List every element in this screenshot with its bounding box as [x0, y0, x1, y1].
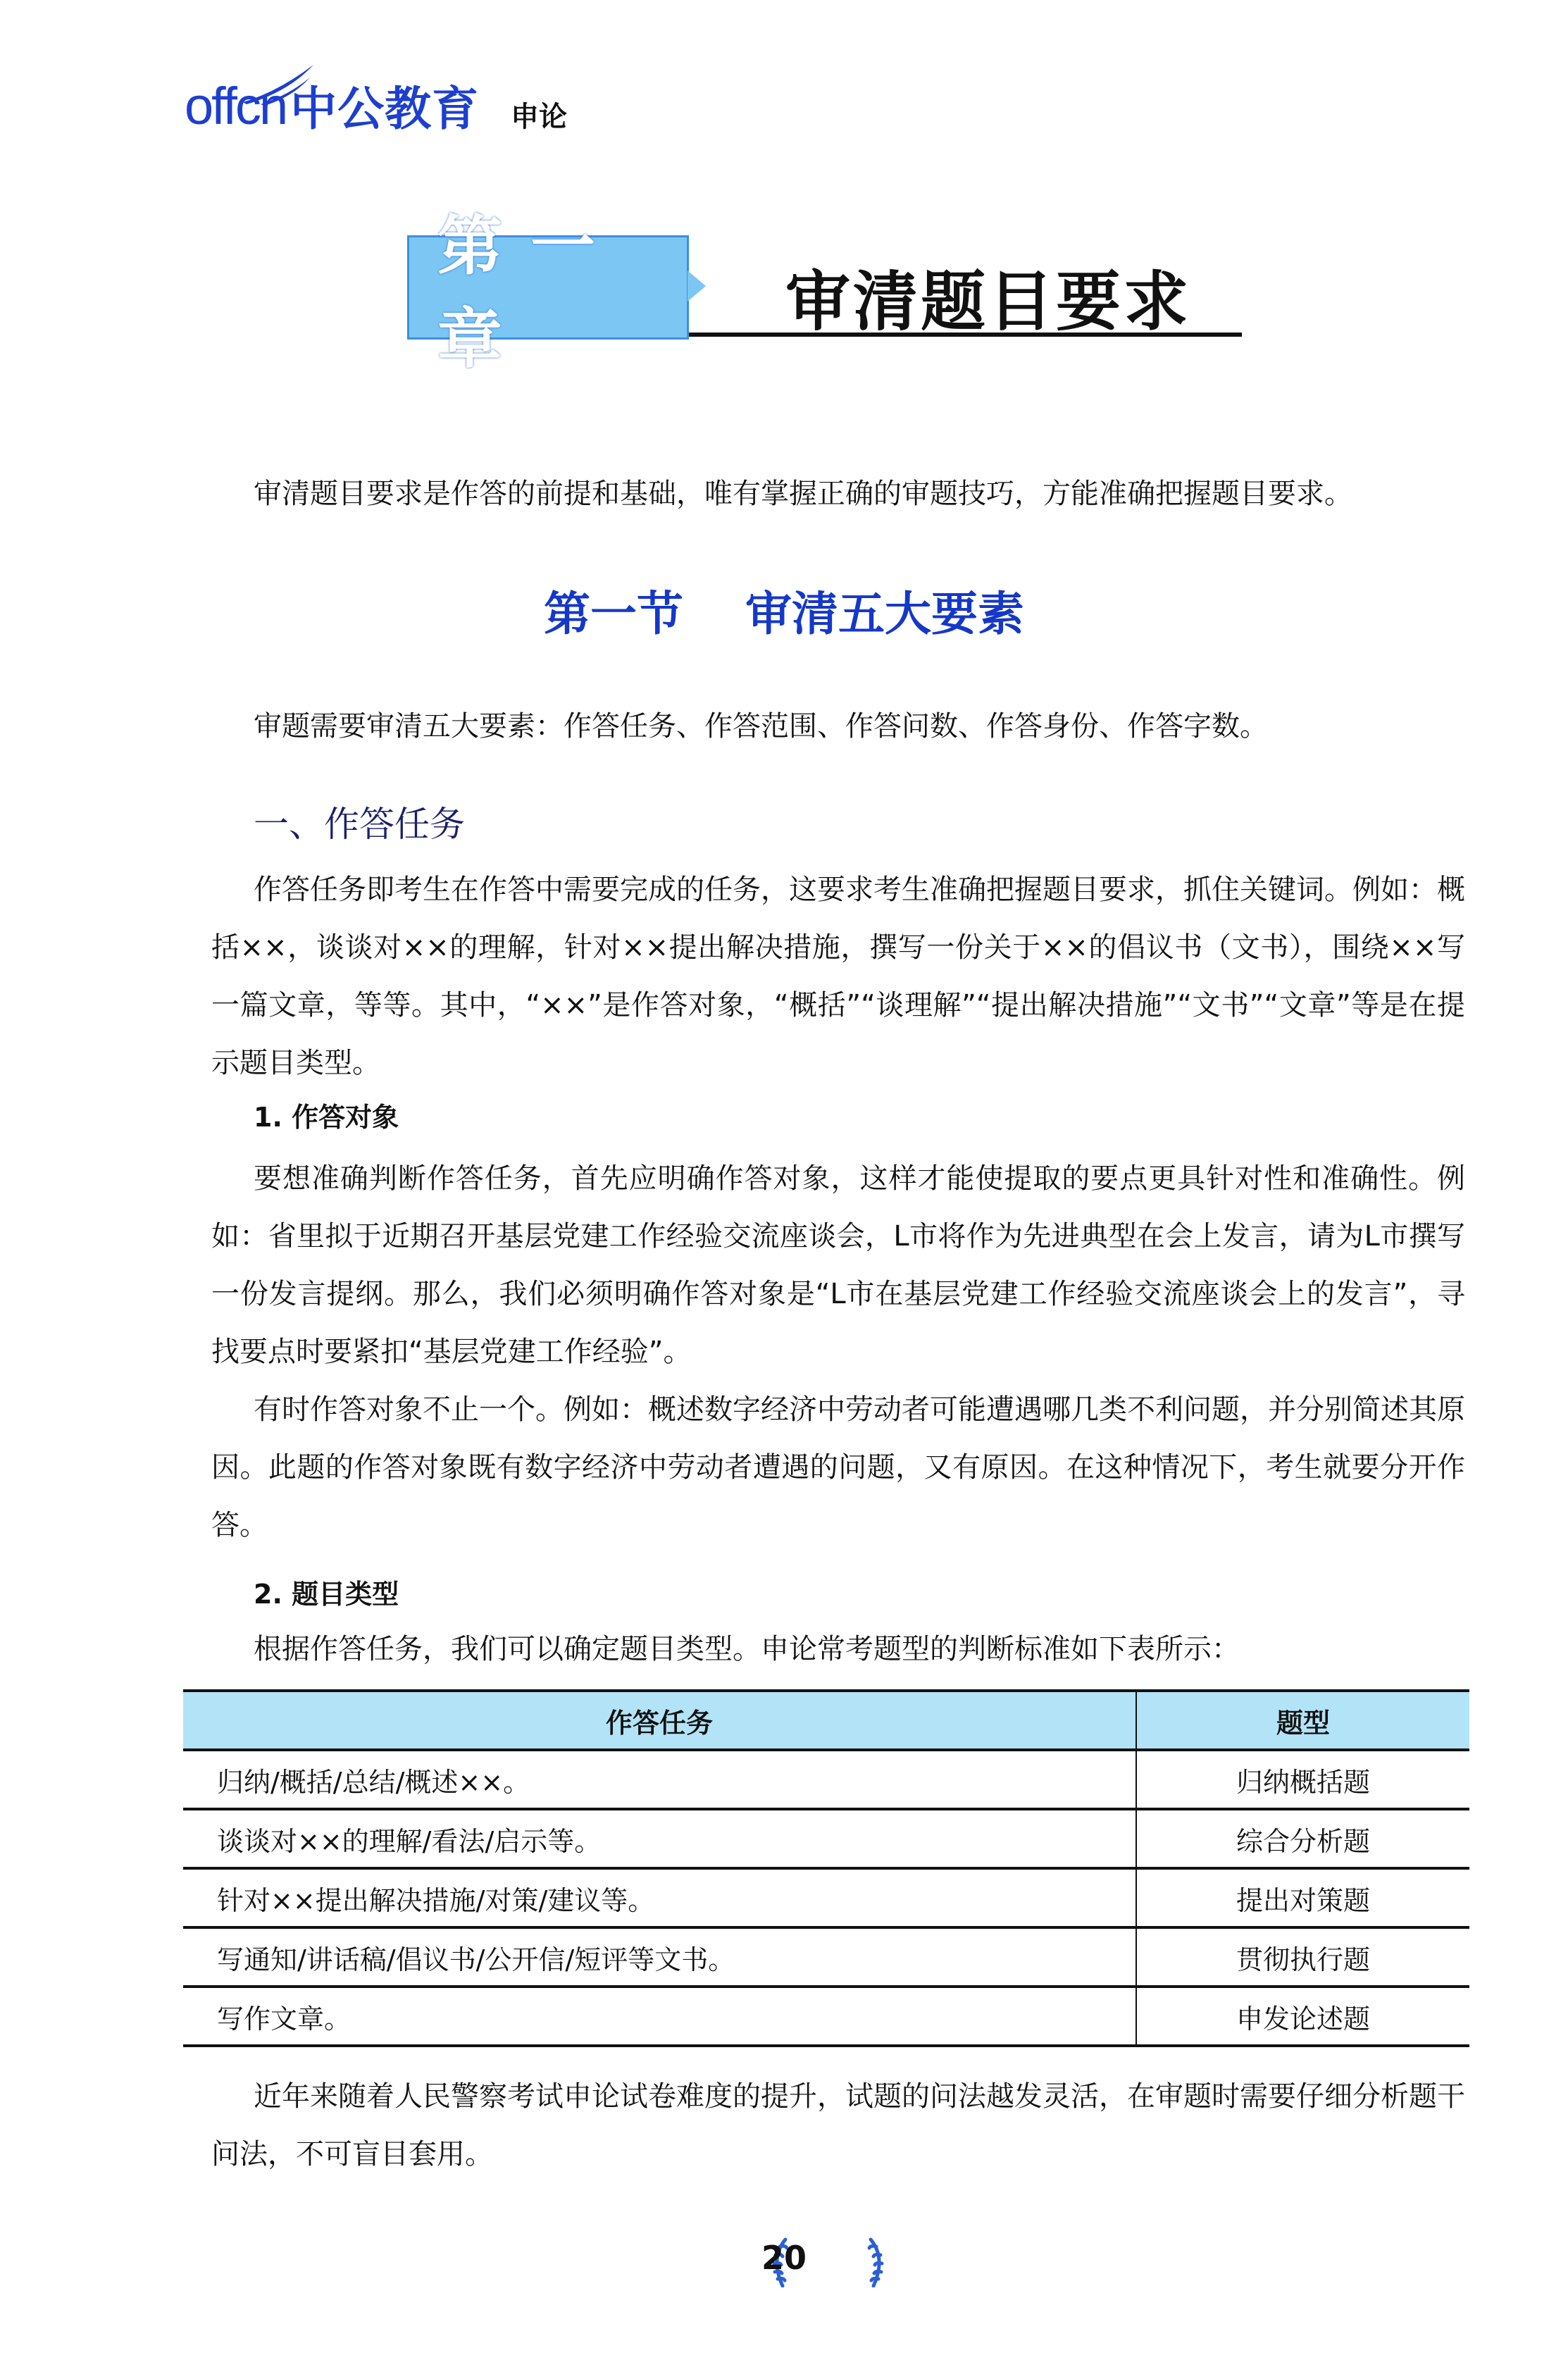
chapter-label-box: 第一章	[407, 235, 689, 340]
chapter-underline	[689, 333, 1242, 337]
table-row: 针对××提出解决措施/对策/建议等。 提出对策题	[183, 1868, 1469, 1927]
sub1-body: 要想准确判断作答任务，首先应明确作答对象，这样才能使提取的要点更具针对性和准确性…	[211, 1150, 1465, 1554]
table-cell-type: 贯彻执行题	[1136, 1927, 1469, 1987]
table-cell-type: 归纳概括题	[1136, 1750, 1469, 1809]
logo-cn-text: 中公教育	[290, 86, 479, 132]
section-name: 审清五大要素	[745, 576, 1024, 643]
logo-swoosh-icon	[239, 63, 317, 106]
chapter-label: 第一章	[437, 194, 687, 380]
table-cell-type: 综合分析题	[1136, 1809, 1469, 1868]
table-row: 写通知/讲话稿/倡议书/公开信/短评等文书。 贯彻执行题	[183, 1927, 1469, 1987]
table-header-task: 作答任务	[183, 1691, 1136, 1750]
question-type-table: 作答任务 题型 归纳/概括/总结/概述××。 归纳概括题 谈谈对××的理解/看法…	[183, 1689, 1469, 2047]
table-cell-task: 写作文章。	[183, 1987, 1136, 2046]
laurel-right-icon	[864, 2237, 892, 2287]
table-header-type: 题型	[1136, 1691, 1469, 1750]
chapter-intro: 审清题目要求是作答的前提和基础，唯有掌握正确的审题技巧，方能准确把握题目要求。	[254, 465, 1352, 523]
section-number: 第一节	[544, 576, 683, 643]
table-row: 谈谈对××的理解/看法/启示等。 综合分析题	[183, 1809, 1469, 1868]
sub1-heading: 1. 作答对象	[254, 1095, 399, 1134]
closing-paragraph: 近年来随着人民警察考试申论试卷难度的提升，试题的问法越发灵活，在审题时需要仔细分…	[211, 2068, 1465, 2183]
sub2-paragraph: 根据作答任务，我们可以确定题目类型。申论常考题型的判断标准如下表所示：	[254, 1620, 1240, 1678]
section-title: 第一节审清五大要素	[0, 576, 1568, 643]
table-cell-task: 针对××提出解决措施/对策/建议等。	[183, 1868, 1136, 1927]
section-lead: 审题需要审清五大要素：作答任务、作答范围、作答问数、作答身份、作答字数。	[254, 697, 1268, 755]
table-header-row: 作答任务 题型	[183, 1691, 1469, 1750]
table-row: 归纳/概括/总结/概述××。 归纳概括题	[183, 1750, 1469, 1809]
book-name: 申论	[511, 94, 567, 135]
table-cell-task: 写通知/讲话稿/倡议书/公开信/短评等文书。	[183, 1927, 1136, 1987]
closing-body: 近年来随着人民警察考试申论试卷难度的提升，试题的问法越发灵活，在审题时需要仔细分…	[211, 2068, 1465, 2183]
table-cell-type: 申发论述题	[1136, 1987, 1469, 2046]
table-cell-task: 谈谈对××的理解/看法/启示等。	[183, 1809, 1136, 1868]
chapter-arrow-icon	[687, 271, 706, 302]
page-number: 20	[0, 2239, 1568, 2277]
sub1-paragraph-1: 要想准确判断作答任务，首先应明确作答对象，这样才能使提取的要点更具针对性和准确性…	[211, 1150, 1465, 1381]
chapter-title: 审清题目要求	[785, 250, 1191, 343]
table-row: 写作文章。 申发论述题	[183, 1987, 1469, 2046]
table-cell-type: 提出对策题	[1136, 1868, 1469, 1927]
brand-logo: offcn 中公教育	[185, 76, 479, 132]
logo-wordmark: offcn	[185, 80, 286, 132]
part-one-heading: 一、作答任务	[254, 796, 465, 847]
part-one-paragraph: 作答任务即考生在作答中需要完成的任务，这要求考生准确把握题目要求，抓住关键词。例…	[211, 861, 1465, 1092]
part-one-body: 作答任务即考生在作答中需要完成的任务，这要求考生准确把握题目要求，抓住关键词。例…	[211, 861, 1465, 1092]
sub1-paragraph-2: 有时作答对象不止一个。例如：概述数字经济中劳动者可能遭遇哪几类不利问题，并分别简…	[211, 1381, 1465, 1554]
sub2-heading: 2. 题目类型	[254, 1572, 399, 1611]
table-cell-task: 归纳/概括/总结/概述××。	[183, 1750, 1136, 1809]
